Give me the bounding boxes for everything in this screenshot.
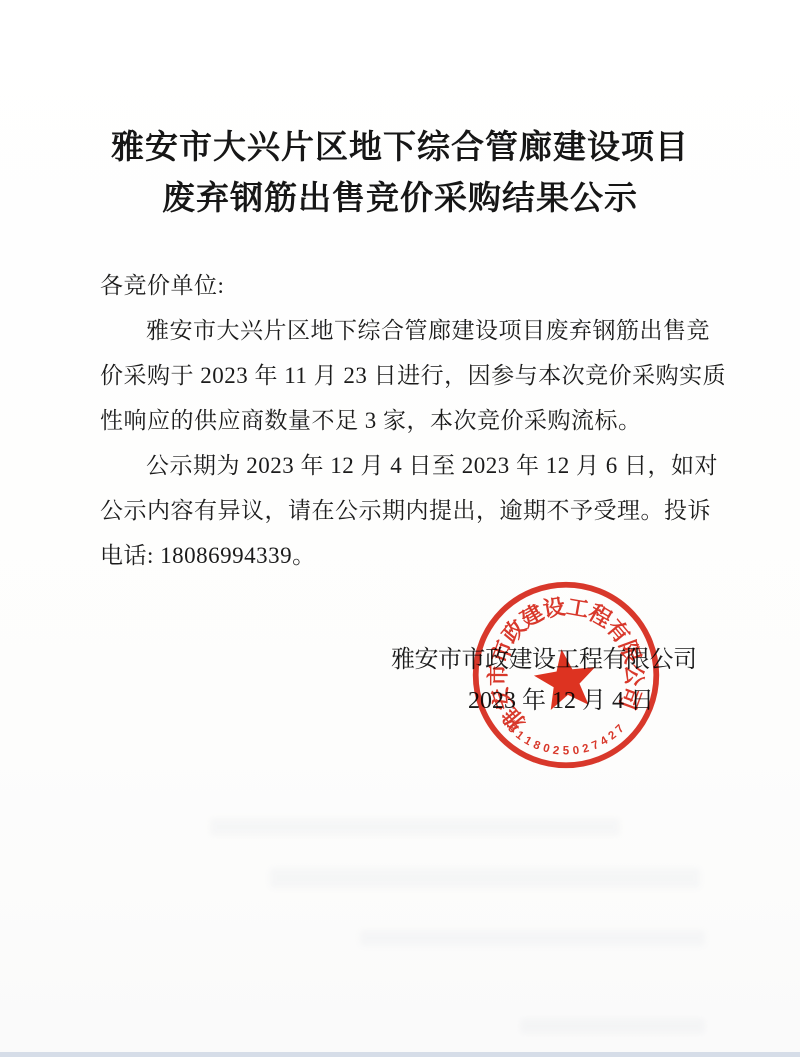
bleedthrough-smudge: [270, 868, 700, 888]
bleedthrough-smudge: [210, 818, 620, 836]
document-body: 各竞价单位: 雅安市大兴片区地下综合管廊建设项目废弃钢筋出售竞 价采购于 202…: [100, 263, 740, 578]
body-line-1: 雅安市大兴片区地下综合管廊建设项目废弃钢筋出售竞: [100, 308, 740, 353]
official-seal: 雅 安 市 市 政 建 设 工 程 有 限 公 司 5 1 1 8 0 2 5 …: [461, 570, 671, 780]
seal-char: 公: [622, 664, 647, 687]
body-line-4: 公示期为 2023 年 12 月 4 日至 2023 年 12 月 6 日，如对: [100, 443, 740, 488]
document-title-line-2: 废弃钢筋出售竞价采购结果公示: [0, 172, 800, 223]
body-line-2: 价采购于 2023 年 11 月 23 日进行，因参与本次竞价采购实质: [100, 353, 740, 398]
seal-digit: 0: [572, 745, 580, 758]
seal-char: 市: [485, 664, 510, 686]
bleedthrough-smudge: [520, 1018, 705, 1034]
document-title-line-1: 雅安市大兴片区地下综合管廊建设项目: [0, 121, 800, 172]
seal-digit: 2: [581, 742, 590, 755]
bleedthrough-smudge: [360, 930, 705, 946]
seal-char: 司: [614, 684, 645, 713]
document-title: 雅安市大兴片区地下综合管廊建设项目 废弃钢筋出售竞价采购结果公示: [0, 121, 800, 223]
page-bottom-edge: [0, 1052, 800, 1057]
seal-star-icon: [531, 645, 601, 712]
seal-digit: 8: [531, 739, 542, 753]
seal-digit: 7: [590, 739, 601, 753]
seal-digit: 5: [563, 746, 570, 758]
seal-digit: 2: [552, 745, 560, 758]
body-line-3: 性响应的供应商数量不足 3 家，本次竞价采购流标。: [100, 398, 740, 443]
seal-digit: 7: [614, 723, 627, 736]
body-line-5: 公示内容有异议，请在公示期内提出，逾期不予受理。投诉: [100, 488, 740, 533]
salutation-line: 各竞价单位:: [100, 263, 740, 308]
scanned-document-page: 雅安市大兴片区地下综合管廊建设项目 废弃钢筋出售竞价采购结果公示 各竞价单位: …: [0, 0, 800, 1057]
seal-char: 设: [541, 594, 567, 622]
seal-digit: 0: [542, 742, 551, 755]
